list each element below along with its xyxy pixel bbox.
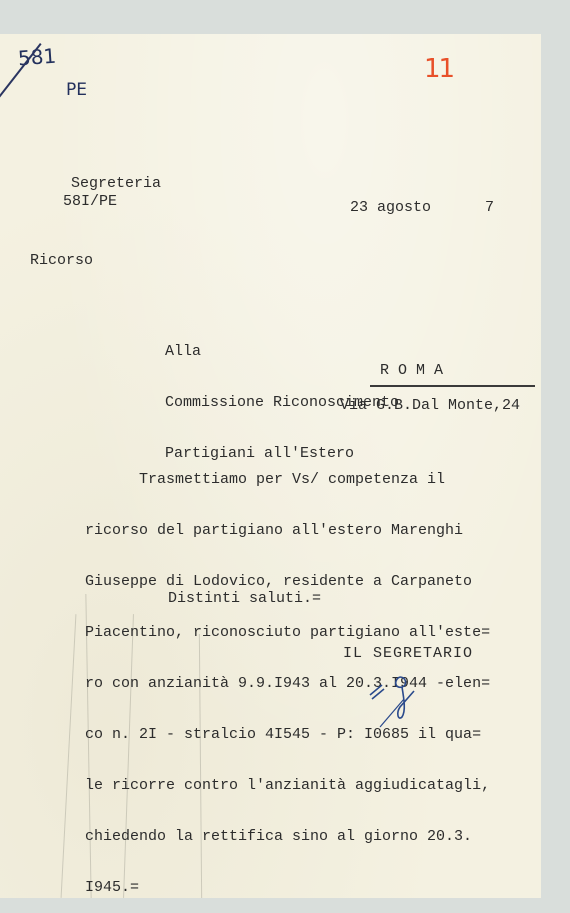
office-name: Segreteria [71, 175, 161, 192]
signer-title: IL SEGRETARIO [343, 645, 473, 662]
body-line: chiedendo la rettifica sino al giorno 20… [85, 828, 490, 845]
body-line: Giuseppe di Lodovico, residente a Carpan… [85, 573, 490, 590]
city-underline [370, 385, 535, 387]
body-line: I945.= [85, 879, 490, 896]
body-line: Trasmettiamo per Vs/ competenza il [85, 471, 490, 488]
body-line: Piacentino, riconosciuto partigiano all'… [85, 624, 490, 641]
closing-salutation: Distinti saluti.= [168, 590, 321, 607]
recipient-city: ROMA [380, 362, 452, 379]
letter-subject: Ricorso [30, 252, 93, 269]
reference-code: 58I/PE [63, 193, 117, 210]
handwritten-signature-icon [360, 665, 430, 735]
recipient-line: Alla [165, 343, 399, 360]
letter-date: 23 agosto 7 [350, 199, 494, 216]
body-line: le ricorre contro l'anzianità aggiudicat… [85, 777, 490, 794]
handwritten-page-number: 11 [424, 54, 453, 84]
paper-crease [61, 614, 77, 898]
recipient-street: Via G.B.Dal Monte,24 [340, 397, 520, 414]
body-line: ricorso del partigiano all'estero Mareng… [85, 522, 490, 539]
handwritten-reference-suffix: PE [66, 80, 87, 100]
